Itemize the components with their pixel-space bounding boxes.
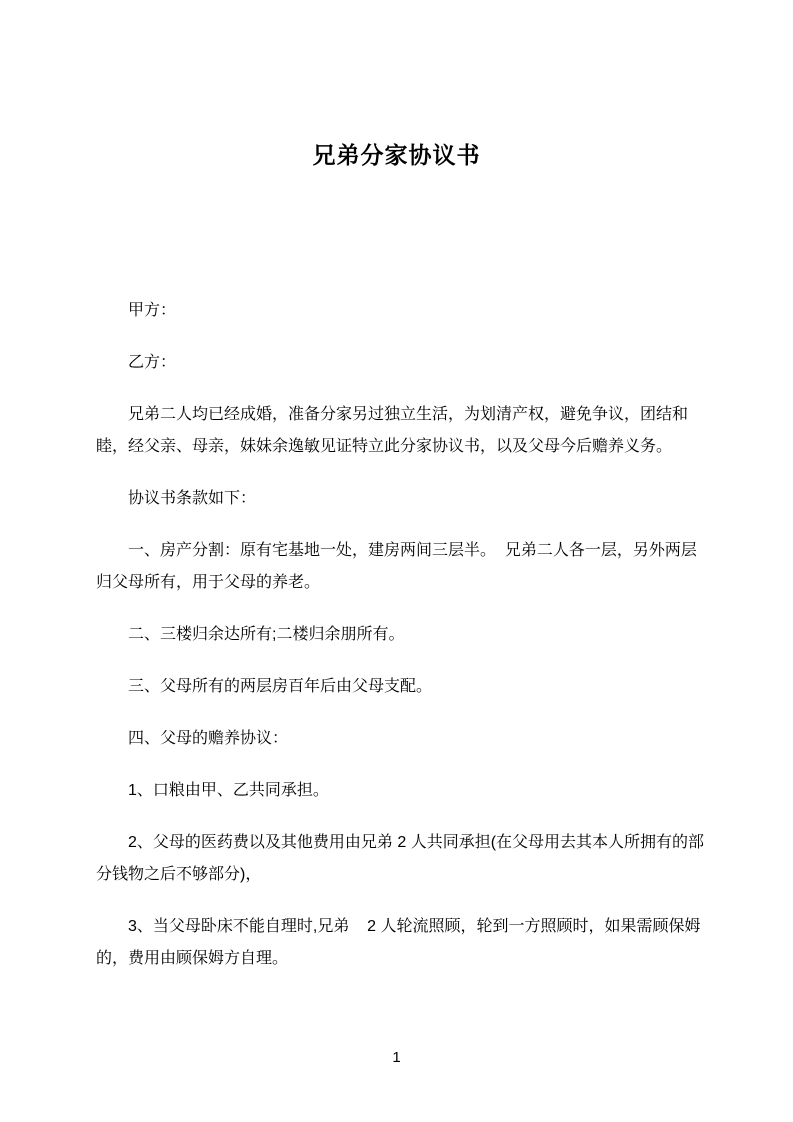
clause-4-support-agreement-heading: 四、父母的赡养协议： (96, 723, 708, 755)
paragraph-party-a: 甲方： (96, 295, 708, 327)
clause-2-floor-allocation: 二、三楼归余达所有;二楼归余朋所有。 (96, 619, 708, 651)
clause-4-item-1-food: 1、口粮由甲、乙共同承担。 (96, 775, 708, 807)
clause-3-parents-floors: 三、父母所有的两层房百年后由父母支配。 (96, 671, 708, 703)
document-title: 兄弟分家协议书 (0, 0, 793, 172)
document-body: 甲方： 乙方： 兄弟二人均已经成婚，准备分家另过独立生活，为划清产权，避免争议，… (96, 295, 708, 975)
page-number: 1 (0, 1048, 793, 1068)
document-page: 兄弟分家协议书 甲方： 乙方： 兄弟二人均已经成婚，准备分家另过独立生活，为划清… (0, 0, 793, 1122)
paragraph-party-b: 乙方： (96, 347, 708, 379)
clause-4-item-3-care-rotation: 3、当父母卧床不能自理时,兄弟 2 人轮流照顾，轮到一方照顾时，如果需顾保姆的，… (96, 911, 708, 975)
paragraph-preamble: 兄弟二人均已经成婚，准备分家另过独立生活，为划清产权，避免争议，团结和睦，经父亲… (96, 399, 708, 463)
clause-4-item-2-medical-costs: 2、父母的医药费以及其他费用由兄弟 2 人共同承担(在父母用去其本人所拥有的部分… (96, 827, 708, 891)
clause-1-property-division: 一、房产分割：原有宅基地一处，建房两间三层半。 兄弟二人各一层，另外两层归父母所… (96, 535, 708, 599)
paragraph-terms-intro: 协议书条款如下： (96, 483, 708, 515)
